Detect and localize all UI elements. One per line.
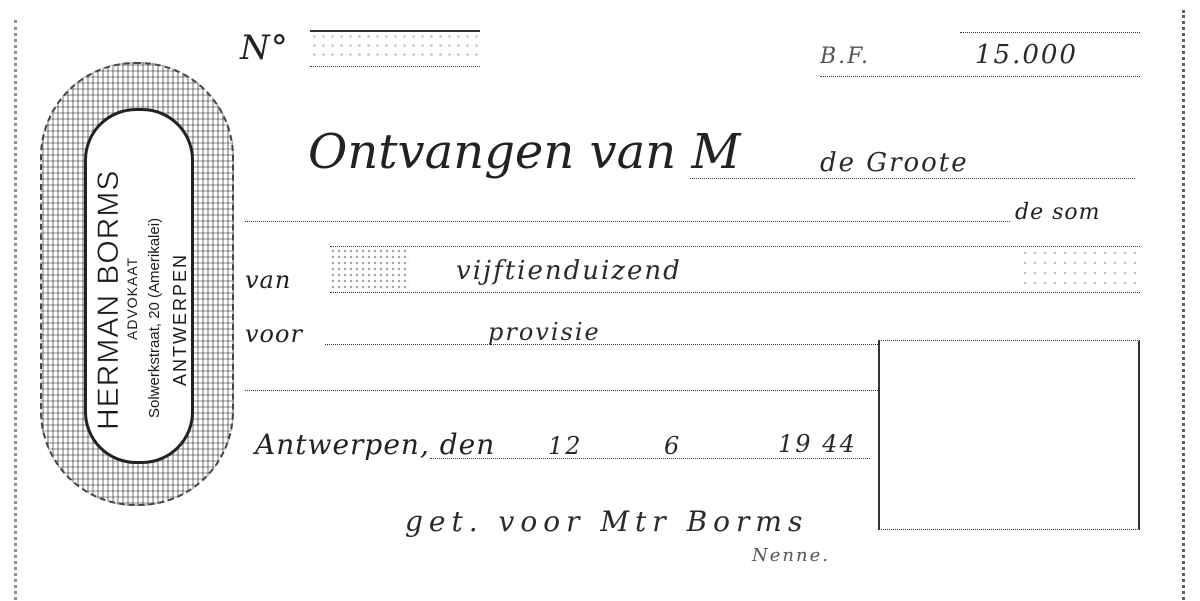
amount-words-field [330,246,1140,291]
amount-words: vijftienduizend [456,256,682,286]
stamp-name: HERMAN BORMS [92,170,126,430]
voor-label: voor [245,320,303,348]
received-underline [690,178,1135,179]
amount-words-hatch-left [330,248,410,290]
signature-line2: Nenne. [752,545,830,566]
voor-underline [325,344,880,345]
stamp-city: ANTWERPEN [170,253,191,386]
signature-line1: get. voor Mtr Borms [405,505,808,538]
signature-stamp-box [878,340,1140,530]
van-label: van [245,266,291,294]
receipt-number-field [310,30,480,62]
receipt-number-underline [310,66,480,67]
right-edge-marks [1182,10,1188,600]
amount-topline [960,32,1140,33]
amount-words-hatch-right [1020,248,1140,290]
number-label: N° [240,28,289,68]
second-line [245,221,1010,222]
received-label: Ontvangen van M [308,124,741,180]
stamp-title: ADVOKAAT [124,257,140,340]
place-label: Antwerpen, den [255,428,495,461]
header-amount: 15.000 [975,40,1078,70]
stamp-address: Solwerkstraat, 20 (Amerikalei) [146,218,163,418]
blank-line [245,390,880,391]
date-underline [430,458,870,459]
van-underline [330,292,1140,293]
date-day: 12 [548,432,583,460]
date-month: 6 [664,432,681,460]
amount-underline [820,76,1140,77]
purpose: provisie [488,318,601,346]
date-year: 19 44 [778,430,857,458]
left-edge-marks [14,20,20,600]
received-from: de Groote [820,148,969,178]
sum-label: de som [1015,200,1101,225]
currency-label: B.F. [820,44,870,69]
